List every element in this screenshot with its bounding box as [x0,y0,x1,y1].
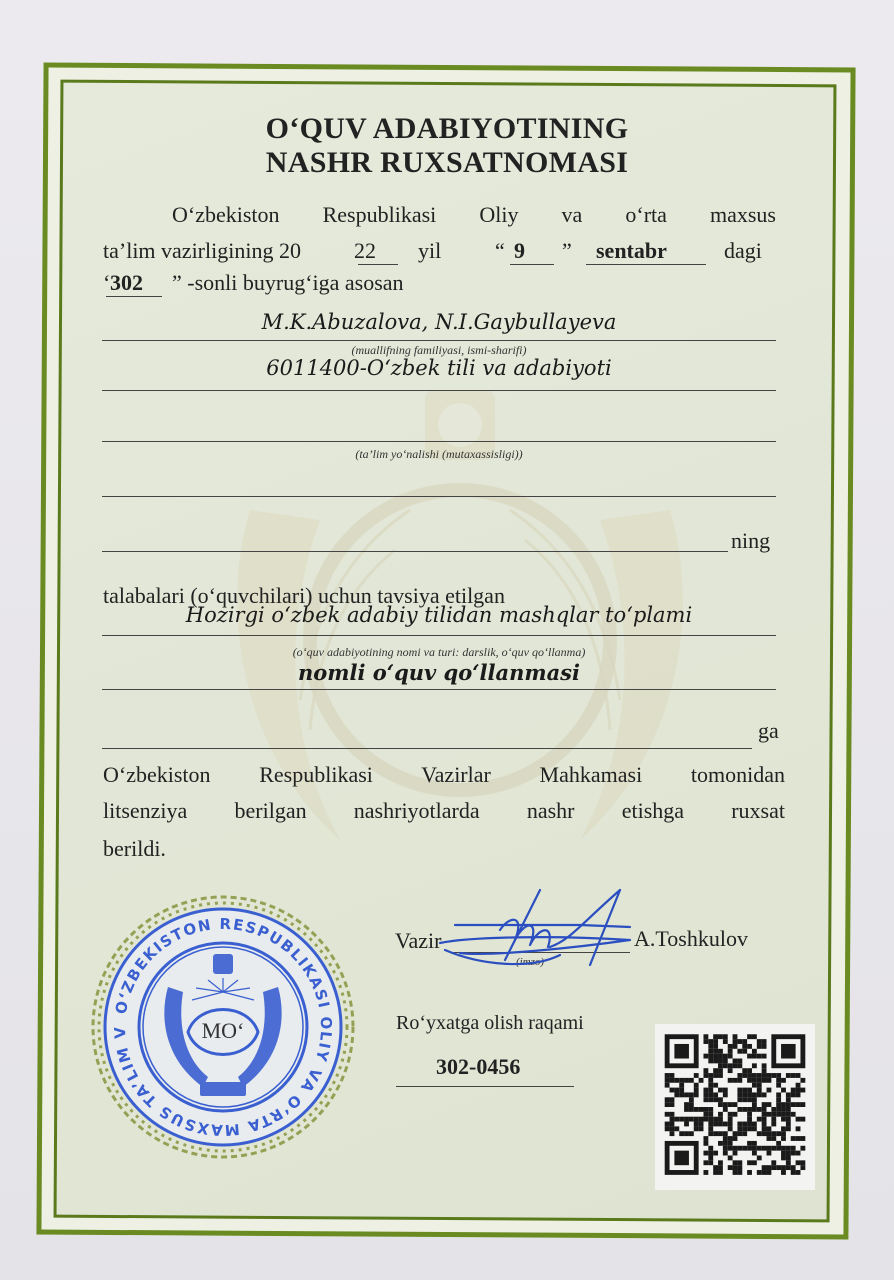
permission-line-1: O‘zbekiston Respublikasi Vazirlar Mahkam… [103,762,785,788]
title-line-1: O‘QUV ADABIYOTINING [0,112,894,146]
authors-field: M.K.Abuzalova, N.I.Gaybullayeva [102,310,776,334]
day-field: 9 [514,238,525,264]
open-quote: “ [495,238,505,264]
yil-label: yil [418,238,441,264]
year-field: 22 [354,238,394,264]
signature-icon [430,885,660,975]
ga-label: ga [758,718,779,744]
svg-text:MO‘: MO‘ [202,1018,245,1043]
title-line-2: NASHR RUXSATNOMASI [0,146,894,180]
registration-number: 302-0456 [436,1054,520,1080]
specialty-field: 6011400-O‘zbek tili va adabiyoti [102,356,776,380]
qr-code[interactable] [655,1024,815,1190]
intro-line-1: O‘zbekiston Respublikasi Oliy va o‘rta m… [172,202,776,228]
permission-line-2: litsenziya berilgan nashriyotlarda nashr… [103,798,785,824]
order-number-field: 302 [110,270,143,296]
dagi-label: dagi [724,238,762,264]
minister-name: A.Toshkulov [634,926,748,952]
order-suffix: ” -sonli buyrug‘iga asosan [172,270,404,296]
specialty-caption: (ta’lim yo‘nalishi (mutaxassisligi)) [102,447,776,462]
permission-line-3: berildi. [103,836,166,862]
close-quote: ” [562,238,572,264]
registration-label: Ro‘yxatga olish raqami [396,1012,584,1035]
qr-code-icon [655,1024,815,1190]
book-title-field: Hozirgi o‘zbek adabiy tilidan mashqlar t… [102,603,776,627]
intro-line-2-prefix: ta’lim vazirligining 20 [103,238,301,264]
month-field: sentabr [596,238,667,264]
book-caption: (o‘quv adabiyotining nomi va turi: darsl… [102,645,776,660]
official-stamp-icon: O‘ZBEKISTON RESPUBLIKASI OLIY VA O‘RTA M… [88,892,358,1162]
book-type-field: nomli o‘quv qo‘llanmasi [102,660,776,685]
ning-label: ning [731,528,770,554]
